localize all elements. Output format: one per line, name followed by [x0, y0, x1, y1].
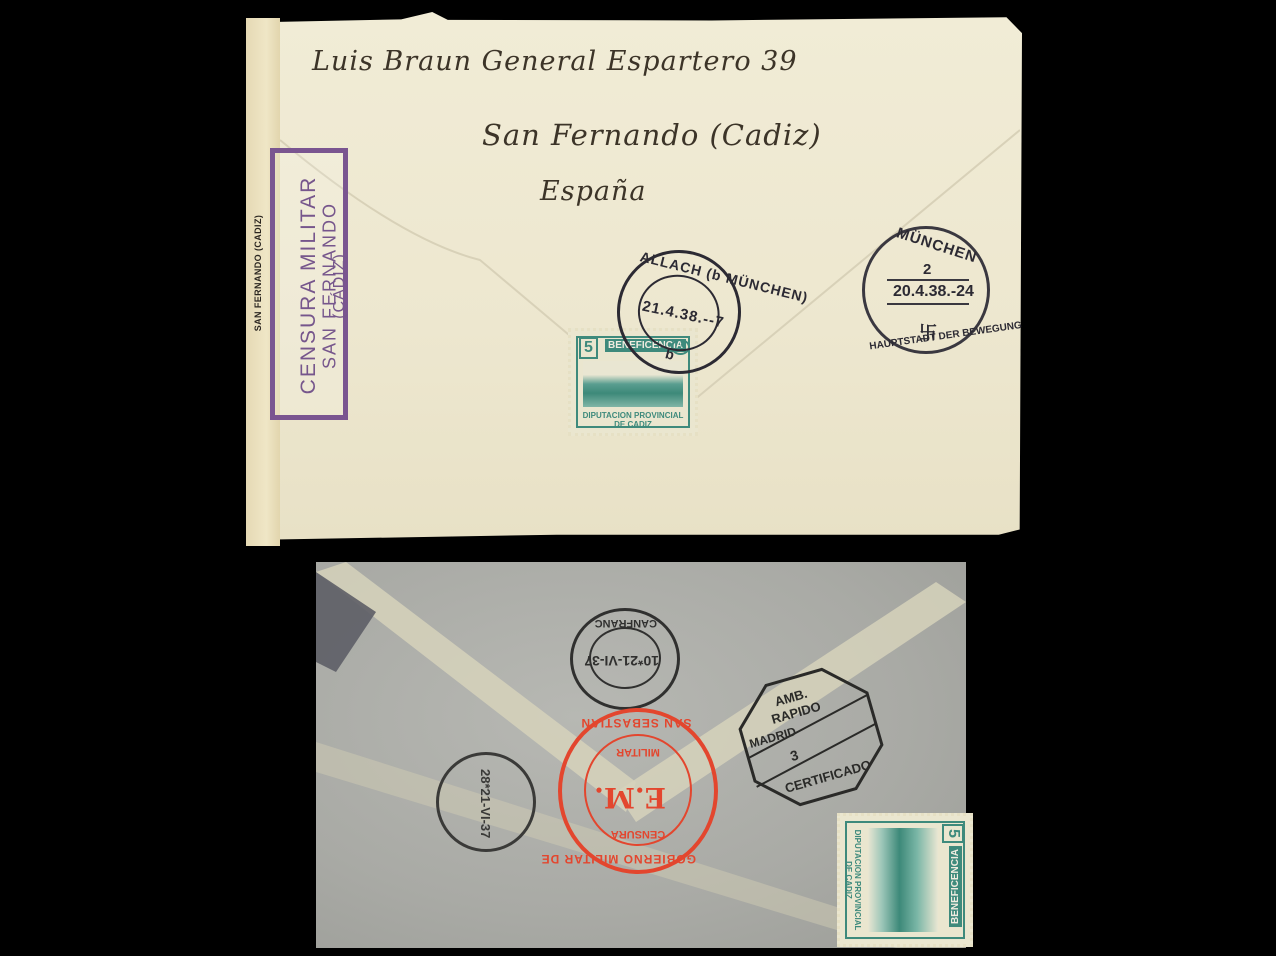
cachet-inner-bottom: MILITAR: [602, 746, 674, 758]
postmark-date: 10*21-VI-37: [584, 653, 659, 669]
censor-tape-text: SAN FERNANDO (CADIZ): [253, 193, 267, 353]
stamp-bottom-text: DIPUTACION PROVINCIAL DE CADIZ: [581, 411, 685, 429]
stamp-value: 5: [579, 337, 598, 359]
landscape-image: [868, 828, 938, 932]
cachet-center: E.M.: [606, 781, 666, 814]
postmark-date: 28*21-VI-37: [478, 769, 493, 838]
censor-cachet-line3: (CÁDIZ): [331, 191, 349, 381]
postmark-number: 2: [923, 261, 931, 278]
sender-address-line3: España: [540, 176, 646, 207]
munich-postmark: MÜNCHEN 2 20.4.38.-24 卐 HAUPTSTADT DER B…: [862, 226, 990, 354]
censor-cachet-line1: CENSURA MILITAR: [297, 155, 321, 415]
stamp-value: 5: [942, 824, 964, 843]
sender-address-line1: Luis Braun General Espartero 39: [312, 46, 798, 77]
canfranc-postmark: 10*21-VI-37 CANFRANC: [570, 608, 680, 710]
postmark-bar: [887, 279, 969, 281]
postmark-date: 20.4.38.-24: [893, 283, 974, 301]
stamp-bottom-text: DIPUTACION PROVINCIAL DE CADIZ: [844, 824, 862, 936]
censor-cachet: CENSURA MILITAR SAN FERNANDO (CÁDIZ): [270, 148, 348, 420]
red-censor-cachet: GOBIERNO MILITAR DE CENSURA E.M. MILITAR…: [558, 708, 718, 874]
beneficencia-stamp-2: 5 BENEFICENCIA DIPUTACION PROVINCIAL DE …: [837, 813, 973, 947]
cachet-inner-top: CENSURA: [602, 828, 674, 840]
postmark-name: CANFRANC: [595, 617, 657, 629]
stamp-top-text: BENEFICENCIA: [949, 846, 962, 927]
cachet-outer-top: GOBIERNO MILITAR DE: [576, 852, 696, 866]
sender-address-line2: San Fernando (Cadiz): [482, 118, 822, 152]
cachet-outer-bottom: SAN SEBASTIAN: [576, 716, 696, 730]
postmark-bar: [887, 303, 969, 305]
arrival-postmark: 28*21-VI-37: [436, 752, 536, 852]
